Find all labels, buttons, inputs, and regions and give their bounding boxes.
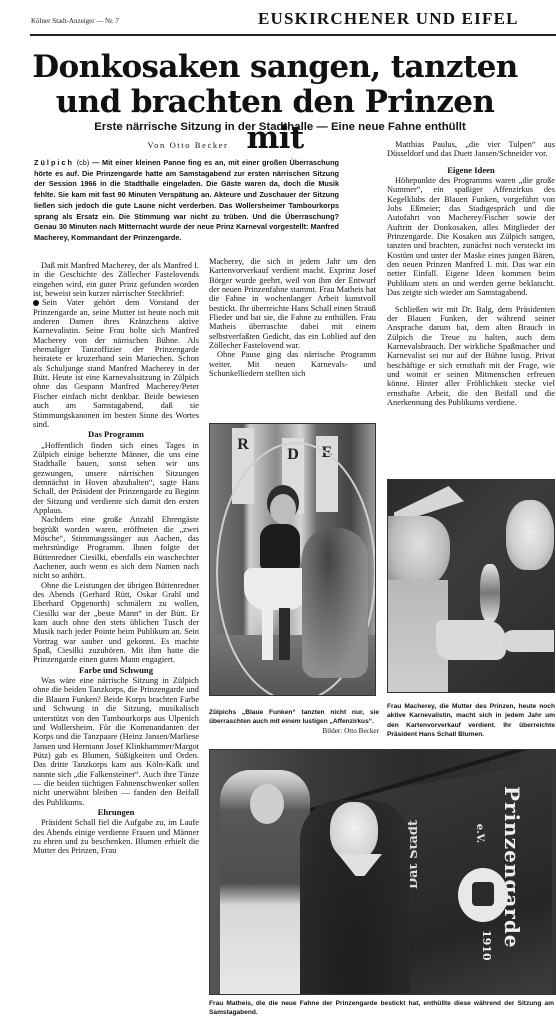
- paragraph: Daß mit Manfred Macherey, der als Manfre…: [33, 261, 199, 298]
- section-title: EUSKIRCHENER UND EIFEL: [258, 9, 519, 29]
- byline: Von Otto Becker: [36, 140, 340, 150]
- paragraph: Ohne die Leistungen der übrigen Büttenre…: [33, 581, 199, 665]
- man-face: [388, 516, 450, 588]
- sleeve: [502, 630, 554, 652]
- dancer-head: [270, 494, 296, 524]
- woman-head: [506, 500, 554, 570]
- flag-name: Prinzengarde: [500, 786, 524, 949]
- flag-emblem-icon: [458, 868, 508, 922]
- section-heading-ideen: Eigene Ideen: [387, 166, 555, 175]
- woman-face: [330, 802, 378, 860]
- lead-text: — Mit einer kleinen Panne fing es an, mi…: [34, 158, 339, 242]
- photo-frau-macherey: [387, 479, 555, 693]
- headline-line-1: Donkosaken sangen, tanzten: [30, 49, 520, 85]
- section-heading-programm: Das Programm: [33, 430, 199, 439]
- photo-affenzirkus: R D E: [209, 423, 376, 696]
- flowers: [480, 564, 500, 622]
- column-2: Macherey, die sich in jedem Jahr um den …: [209, 257, 376, 378]
- photo-caption-1: Zülpichs „Blaue Funken“ tanzten nicht nu…: [209, 708, 379, 736]
- bullet-icon: [33, 300, 39, 306]
- column-3: Matthias Paulus, „die vier Tulpen“ aus D…: [387, 140, 555, 407]
- bear-costume: [302, 528, 368, 678]
- photo-fahne: Prinzengarde e.V. 1910 Dat Stadt: [209, 749, 556, 995]
- flag-year: 1910: [480, 930, 493, 961]
- paragraph: Präsident Schall fiel die Aufgabe zu, im…: [33, 818, 199, 855]
- photo-credit: Bilder: Otto Becker: [322, 727, 379, 736]
- paragraph: Macherey, die sich in jedem Jahr um den …: [209, 257, 376, 350]
- hands: [436, 620, 506, 660]
- paragraph: Höhepunkte des Programms waren „die groß…: [387, 176, 555, 297]
- column-1: Daß mit Manfred Macherey, der als Manfre…: [33, 261, 199, 856]
- paragraph: Matthias Paulus, „die vier Tulpen“ aus D…: [387, 140, 555, 159]
- dancer-top: [260, 524, 300, 570]
- paragraph-bulleted: Sein Vater gehört dem Vorstand der Prinz…: [33, 298, 199, 429]
- dancer-skirt: [244, 568, 310, 610]
- lead-paragraph: Zülpich (cb) — Mit einer kleinen Panne f…: [34, 158, 339, 244]
- masthead-rule: [30, 34, 556, 36]
- guard-face: [250, 784, 284, 824]
- paragraph: „Hoffentlich finden sich eines Tages in …: [33, 441, 199, 516]
- section-heading-ehrungen: Ehrungen: [33, 808, 199, 817]
- author-tag: (cb): [77, 158, 90, 167]
- paragraph: Nachdem eine große Anzahl Ehrengäste beg…: [33, 515, 199, 580]
- section-heading-farbe: Farbe und Schwung: [33, 666, 199, 675]
- dancer-legs: [262, 608, 290, 660]
- paragraph: Schließen wir mit Dr. Balg, dem Präsiden…: [387, 305, 555, 408]
- paragraph: Ohne Pause ging das närrische Programm w…: [209, 350, 376, 378]
- subheadline: Erste närrische Sitzung in der Stadthall…: [80, 121, 480, 133]
- photo-caption-2: Frau Macherey, die Mutter des Prinzen, h…: [387, 702, 555, 739]
- newspaper-name: Kölner Stadt-Anzeiger — Nr. 7: [31, 17, 119, 25]
- caption-text: Zülpichs „Blaue Funken“ tanzten nicht nu…: [209, 709, 379, 725]
- flag-ev: e.V.: [474, 824, 485, 843]
- dateline-place: Zülpich: [34, 158, 74, 167]
- paragraph: Was wäre eine närrische Sitzung in Zülpi…: [33, 676, 199, 807]
- photo-caption-3: Frau Matheis, die die neue Fahne der Pri…: [209, 999, 554, 1018]
- paragraph-text: Sein Vater gehört dem Vorstand der Prinz…: [33, 298, 199, 428]
